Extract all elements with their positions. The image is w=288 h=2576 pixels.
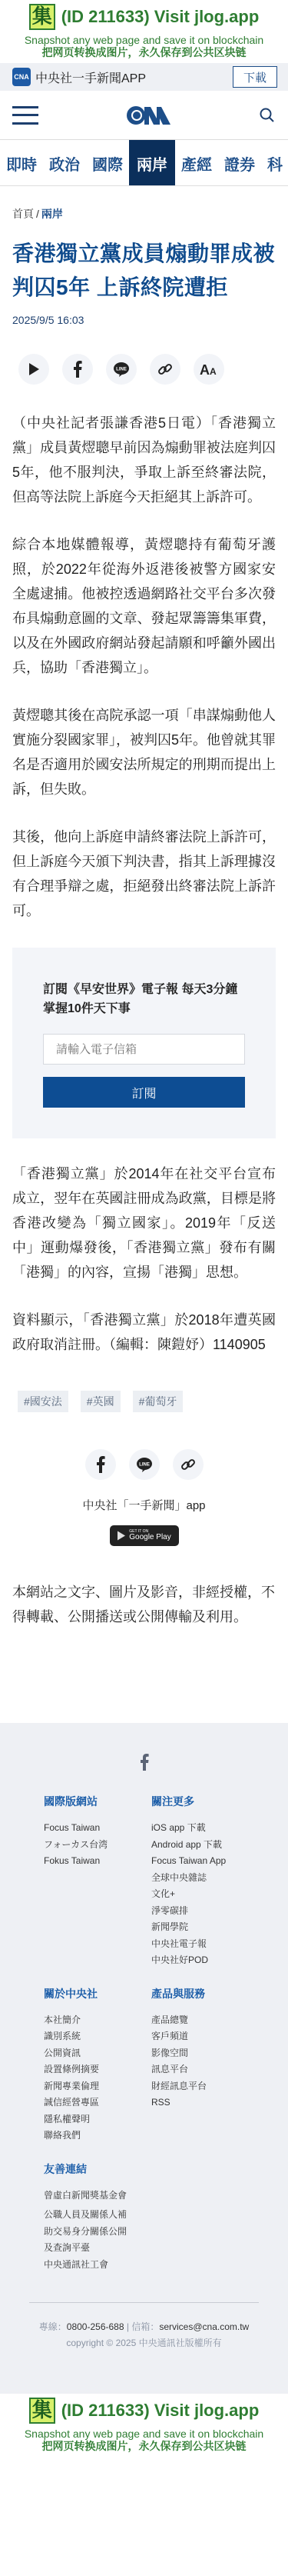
nav-item-cross-strait[interactable]: 兩岸 (129, 140, 175, 186)
footer-link[interactable]: 公開資訊 (44, 2045, 151, 2062)
jlog-banner-top: 集 (ID 211633) Visit jlog.app Snapshot an… (0, 0, 288, 63)
jlog-title[interactable]: (ID 211633) Visit jlog.app (61, 2401, 260, 2421)
footer-link[interactable]: 中央社好POD (151, 1952, 288, 1969)
share-line-button[interactable]: LINE (106, 354, 137, 385)
site-footer: 國際版網站 Focus Taiwan フォーカス台湾 Fokus Taiwan … (0, 1723, 288, 2394)
footer-col-friendly-links: 友善連結 曾虛白新聞獎基金會 公職人員及關係人補助交易身分關係公開及查詢平臺 中… (44, 2161, 288, 2274)
footer-link[interactable]: 文化+ (151, 1886, 288, 1903)
email-label: 信箱： (131, 2321, 159, 2332)
footer-col-about: 關於中央社 本社簡介 識別系統 公開資訊 設置條例摘要 新聞專業倫理 誠信經營專… (44, 1986, 151, 2144)
jlog-banner-bottom: 集 (ID 211633) Visit jlog.app Snapshot an… (0, 2394, 288, 2457)
article-paragraph: 「香港獨立黨」於2014年在社交平台宣布成立，翌年在英國註冊成為政黨，目標是將香… (12, 1161, 276, 1285)
footer-link[interactable]: 本社簡介 (44, 2012, 151, 2029)
nav-item-tech[interactable]: 科 (261, 140, 288, 186)
footer-heading: 關注更多 (151, 1794, 288, 1809)
newsletter-email-input[interactable] (43, 1034, 245, 1065)
newsletter-signup: 訂閱《早安世界》電子報 每天3分鐘掌握10件天下事 訂閱 (12, 948, 276, 1138)
footer-link[interactable]: 誠信經營專區 (44, 2094, 151, 2111)
app-name: 中央社一手新聞APP (35, 68, 233, 86)
jlog-subtitle-en: Snapshot any web page and save it on blo… (0, 2428, 288, 2440)
copyright-note: 本網站之文字、圖片及影音，非經授權，不得轉載、公開播送或公開傳輸及利用。 (0, 1580, 288, 1629)
copy-link-button[interactable] (150, 354, 180, 385)
article-paragraph: 資料顯示，「香港獨立黨」於2018年遭英國政府取消註冊。（編輯：陳鎧妤）1140… (12, 1308, 276, 1357)
link-icon (157, 362, 173, 377)
facebook-icon (140, 1754, 149, 1771)
jlog-badge-icon: 集 (29, 2398, 55, 2424)
nav-item-business[interactable]: 產經 (175, 140, 218, 186)
tag-national-security-law[interactable]: #國安法 (18, 1391, 68, 1412)
jlog-subtitle-zh: 把网页转换成图片，永久保存到公共区块链 (0, 46, 288, 58)
footer-heading: 產品與服務 (151, 1986, 288, 2001)
footer-link[interactable]: Focus Taiwan (44, 1820, 151, 1837)
jlog-subtitle-en: Snapshot any web page and save it on blo… (0, 34, 288, 46)
line-icon: LINE (136, 1457, 153, 1472)
footer-link[interactable]: 設置條例摘要 (44, 2061, 151, 2078)
footer-link[interactable]: 曾虛白新聞獎基金會 (44, 2188, 288, 2204)
copy-link-button[interactable] (173, 1449, 204, 1480)
share-toolbar-bottom: LINE (12, 1449, 276, 1480)
footer-link[interactable]: 新聞專業倫理 (44, 2078, 151, 2095)
download-app-button[interactable]: 下載 (233, 66, 277, 88)
font-size-button[interactable]: AA (194, 354, 224, 385)
email-address[interactable]: services@cna.com.tw (159, 2321, 249, 2332)
cna-logo-icon (126, 105, 172, 126)
article-date: 2025/9/5 16:03 (12, 314, 276, 326)
play-audio-button[interactable] (18, 354, 49, 385)
jlog-subtitle-zh: 把网页转换成图片，永久保存到公共区块链 (0, 2440, 288, 2452)
article-tags: #國安法 #英國 #葡萄牙 (12, 1391, 276, 1412)
article: 首頁/兩岸 香港獨立黨成員煽動罪成被判囚5年 上訴終院遭拒 2025/9/5 1… (0, 206, 288, 1546)
share-line-button[interactable]: LINE (129, 1449, 160, 1480)
share-toolbar: LINE AA (12, 354, 276, 385)
footer-link[interactable]: 影像空間 (151, 2045, 288, 2062)
footer-link[interactable]: 訊息平台 (151, 2061, 288, 2078)
footer-link[interactable]: 產品總覽 (151, 2012, 288, 2029)
footer-link[interactable]: Focus Taiwan App (151, 1853, 288, 1870)
footer-heading: 國際版網站 (44, 1794, 151, 1809)
breadcrumb-home[interactable]: 首頁 (12, 208, 34, 220)
nav-item-politics[interactable]: 政治 (43, 140, 86, 186)
contact-separator: | (124, 2321, 132, 2332)
footer-col-international: 國際版網站 Focus Taiwan フォーカス台湾 Fokus Taiwan (44, 1794, 151, 1969)
footer-link[interactable]: 聯絡我們 (44, 2128, 151, 2144)
article-title: 香港獨立黨成員煽動罪成被判囚5年 上訴終院遭拒 (12, 237, 276, 305)
footer-col-products: 產品與服務 產品總覽 客戶頻道 影像空間 訊息平台 財經訊息平台 RSS (151, 1986, 288, 2144)
footer-contact: 專線：0800-256-688 | 信箱：services@cna.com.tw (0, 2320, 288, 2333)
menu-icon[interactable] (12, 106, 38, 125)
footer-link[interactable]: 識別系統 (44, 2028, 151, 2045)
footer-link[interactable]: Android app 下載 (151, 1837, 288, 1854)
cna-logo[interactable] (126, 105, 172, 126)
breadcrumb: 首頁/兩岸 (12, 206, 276, 222)
footer-links: 國際版網站 Focus Taiwan フォーカス台湾 Fokus Taiwan … (0, 1794, 288, 2290)
newsletter-subscribe-button[interactable]: 訂閱 (43, 1077, 245, 1108)
footer-facebook-link[interactable] (0, 1754, 288, 1771)
footer-col-follow: 關注更多 iOS app 下載 Android app 下載 Focus Tai… (151, 1794, 288, 1969)
svg-text:A: A (210, 366, 217, 376)
footer-link[interactable]: 中央通訊社工會 (44, 2257, 288, 2274)
footer-link[interactable]: 財經訊息平台 (151, 2078, 288, 2095)
footer-link[interactable]: 全球中央雜誌 (151, 1870, 288, 1887)
font-size-icon: AA (200, 362, 218, 376)
facebook-icon (73, 361, 82, 378)
svg-text:LINE: LINE (139, 1463, 150, 1468)
footer-link[interactable]: 公職人員及關係人補助交易身分關係公開及查詢平臺 (44, 2207, 133, 2257)
article-paragraph: 其後，他向上訴庭申請終審法院上訴許可，但上訴庭今天頒下判決書，指其上訴理據沒有合… (12, 825, 276, 923)
jlog-badge-icon: 集 (29, 4, 55, 30)
footer-link[interactable]: Fokus Taiwan (44, 1853, 151, 1870)
app-download-bar: CNA 中央社一手新聞APP 下載 (0, 63, 288, 91)
search-icon[interactable] (259, 107, 276, 124)
link-icon (180, 1457, 196, 1472)
footer-heading: 關於中央社 (44, 1986, 151, 2001)
line-icon: LINE (113, 362, 130, 377)
cna-app-icon: CNA (12, 68, 31, 86)
tag-portugal[interactable]: #葡萄牙 (133, 1391, 184, 1412)
category-nav: 即時 政治 國際 兩岸 產經 證券 科 (0, 140, 288, 186)
footer-heading: 友善連結 (44, 2161, 288, 2177)
app-promo-label: 中央社「一手新聞」app (12, 1497, 276, 1513)
article-paragraph: 綜合本地媒體報導，黃熤聰持有葡萄牙護照，於2022年從海外返港後被警方國家安全處… (12, 532, 276, 680)
nav-item-stocks[interactable]: 證券 (218, 140, 261, 186)
footer-divider (29, 2302, 259, 2303)
svg-text:A: A (200, 362, 210, 376)
breadcrumb-separator: / (36, 208, 39, 220)
jlog-title[interactable]: (ID 211633) Visit jlog.app (61, 7, 260, 27)
article-paragraph: 黃熤聰其後在高院承認一項「串謀煽動他人實施分裂國家罪」，被判囚5年。他曾就其罪名… (12, 703, 276, 801)
google-play-badge[interactable]: GET IT ON Google Play (110, 1525, 179, 1546)
google-play-icon (117, 1531, 126, 1541)
phone-label: 專線： (39, 2321, 67, 2332)
phone-number[interactable]: 0800-256-688 (67, 2321, 124, 2332)
play-icon (28, 362, 40, 376)
nav-item-international[interactable]: 國際 (86, 140, 129, 186)
footer-link[interactable]: iOS app 下載 (151, 1820, 288, 1837)
share-facebook-button[interactable] (85, 1449, 116, 1480)
footer-copyright: copyright © 2025 中央通訊社版權所有 (0, 2336, 288, 2394)
share-facebook-button[interactable] (62, 354, 93, 385)
nav-item-realtime[interactable]: 即時 (0, 140, 43, 186)
article-paragraph: （中央社記者張謙香港5日電）「香港獨立黨」成員黃熤聰早前因為煽動罪被法庭判囚5年… (12, 411, 276, 509)
footer-link[interactable]: 淨零碳排 (151, 1903, 288, 1920)
facebook-icon (96, 1456, 105, 1473)
footer-link[interactable]: フォーカス台湾 (44, 1837, 151, 1854)
footer-link[interactable]: RSS (151, 2094, 288, 2111)
footer-link[interactable]: 客戶頻道 (151, 2028, 288, 2045)
footer-link[interactable]: 新聞學院 (151, 1919, 288, 1936)
gplay-big-text: Google Play (129, 1534, 170, 1541)
footer-link[interactable]: 隱私權聲明 (44, 2111, 151, 2128)
tag-uk[interactable]: #英國 (81, 1391, 121, 1412)
footer-link[interactable]: 中央社電子報 (151, 1936, 288, 1953)
newsletter-title: 訂閱《早安世界》電子報 每天3分鐘掌握10件天下事 (43, 980, 245, 1018)
svg-text:LINE: LINE (116, 368, 127, 372)
site-header (0, 91, 288, 140)
breadcrumb-current[interactable]: 兩岸 (41, 208, 63, 220)
